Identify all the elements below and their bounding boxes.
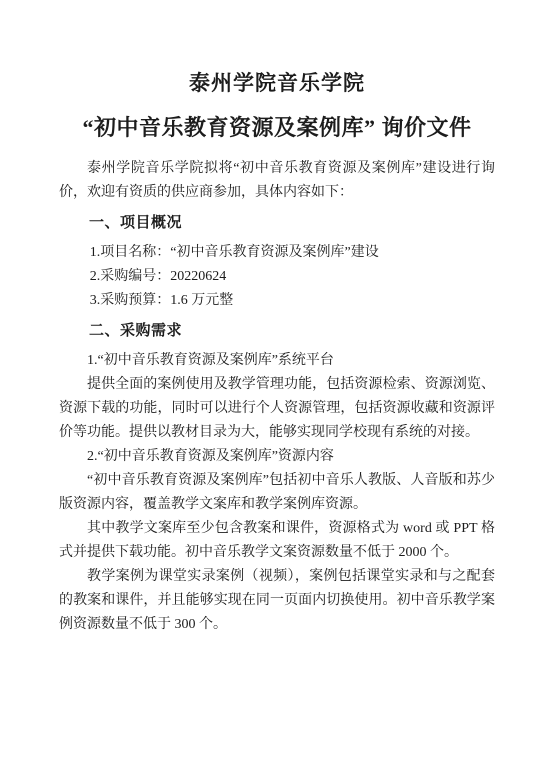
document-title-line1: 泰州学院音乐学院 [59, 70, 495, 96]
section1-heading: 一、项目概况 [59, 211, 495, 235]
section2-paragraph-case-library: 教学案例为课堂实录案例（视频），案例包括课堂实录和与之配套的教案和课件，并且能够… [59, 565, 495, 637]
section2-paragraph-platform-title: 1.“初中音乐教育资源及案例库”系统平台 [59, 349, 495, 373]
document-page: 泰州学院音乐学院 “初中音乐教育资源及案例库” 询价文件 泰州学院音乐学院拟将“… [0, 0, 554, 783]
section1-item-procurement-number: 2.采购编号：20220624 [59, 265, 495, 289]
section1-item-budget: 3.采购预算：1.6 万元整 [59, 289, 495, 313]
section2-paragraph-resource-title: 2.“初中音乐教育资源及案例库”资源内容 [59, 445, 495, 469]
section2-paragraph-document-library: 其中教学文案库至少包含教案和课件，资源格式为 word 或 PPT 格式并提供下… [59, 517, 495, 565]
section2-paragraph-platform-detail: 提供全面的案例使用及教学管理功能，包括资源检索、资源浏览、资源下载的功能，同时可… [59, 373, 495, 445]
section2-paragraph-resource-detail: “初中音乐教育资源及案例库”包括初中音乐人教版、人音版和苏少版资源内容，覆盖教学… [59, 469, 495, 517]
section2-heading: 二、采购需求 [59, 319, 495, 343]
intro-paragraph: 泰州学院音乐学院拟将“初中音乐教育资源及案例库”建设进行询价，欢迎有资质的供应商… [59, 157, 495, 205]
section1-item-project-name: 1.项目名称：“初中音乐教育资源及案例库”建设 [59, 241, 495, 265]
document-title-line2: “初中音乐教育资源及案例库” 询价文件 [59, 113, 495, 143]
